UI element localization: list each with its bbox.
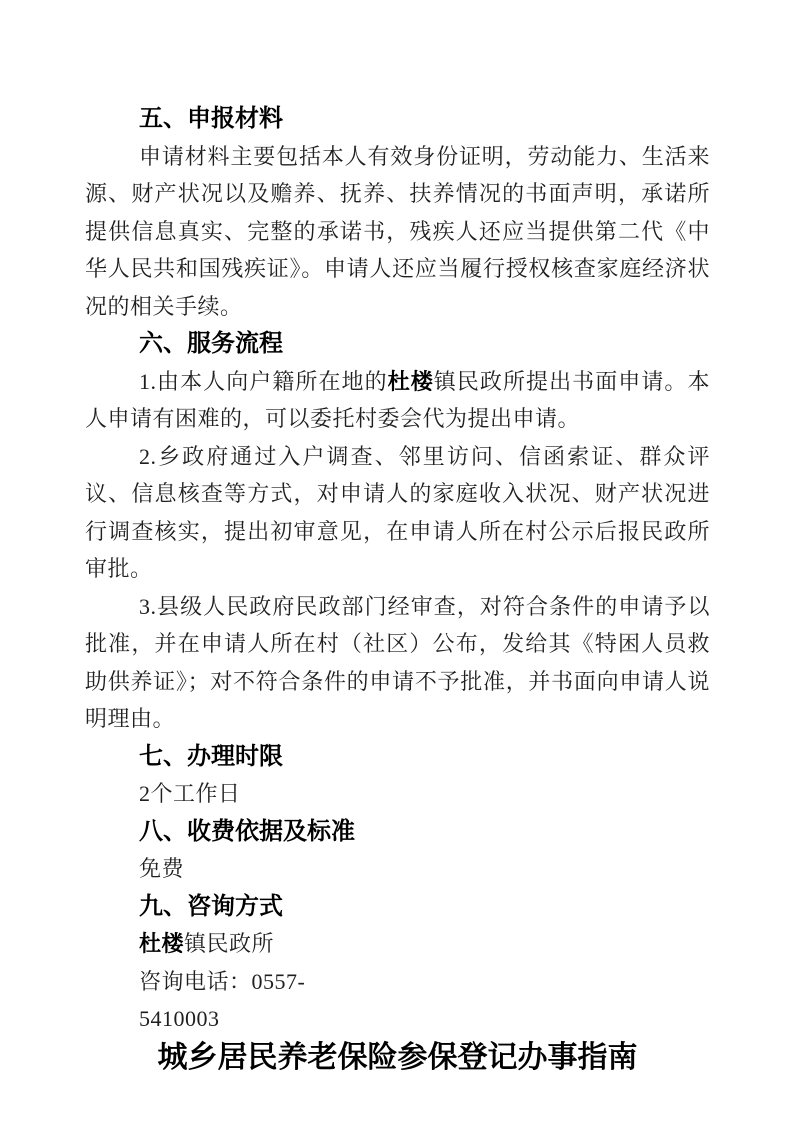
office-name-rest: 镇民政所 xyxy=(184,931,274,956)
paragraph-application-materials: 申请材料主要包括本人有效身份证明，劳动能力、生活来源、财产状况以及赡养、抚养、扶… xyxy=(85,138,710,326)
section-heading-application-materials: 五、申报材料 xyxy=(85,100,710,138)
paragraph-consultation-office: 杜楼镇民政所 xyxy=(85,925,710,963)
paragraph-consultation-phone-line2: 5410003 xyxy=(85,1000,710,1038)
paragraph-fees: 免费 xyxy=(85,850,710,888)
paragraph-service-step-1: 1.由本人向户籍所在地的杜楼镇民政所提出书面申请。本人申请有困难的，可以委托村委… xyxy=(85,363,710,438)
next-document-title: 城乡居民养老保险参保登记办事指南 xyxy=(85,1038,710,1078)
section-heading-fees: 八、收费依据及标准 xyxy=(85,813,710,851)
section-heading-processing-time: 七、办理时限 xyxy=(85,738,710,776)
office-town-name-bold: 杜楼 xyxy=(139,931,184,956)
document-page: 五、申报材料 申请材料主要包括本人有效身份证明，劳动能力、生活来源、财产状况以及… xyxy=(0,0,793,1122)
section-heading-consultation: 九、咨询方式 xyxy=(85,888,710,926)
step1-text-pre: 1.由本人向户籍所在地的 xyxy=(139,369,388,394)
step1-town-name-bold: 杜楼 xyxy=(388,369,434,394)
paragraph-consultation-phone-line1: 咨询电话：0557- xyxy=(85,963,710,1001)
paragraph-service-step-3: 3.县级人民政府民政部门经审查，对符合条件的申请予以批准，并在申请人所在村（社区… xyxy=(85,588,710,738)
paragraph-processing-time: 2个工作日 xyxy=(85,775,710,813)
section-heading-service-process: 六、服务流程 xyxy=(85,325,710,363)
paragraph-service-step-2: 2.乡政府通过入户调查、邻里访问、信函索证、群众评议、信息核查等方式，对申请人的… xyxy=(85,438,710,588)
